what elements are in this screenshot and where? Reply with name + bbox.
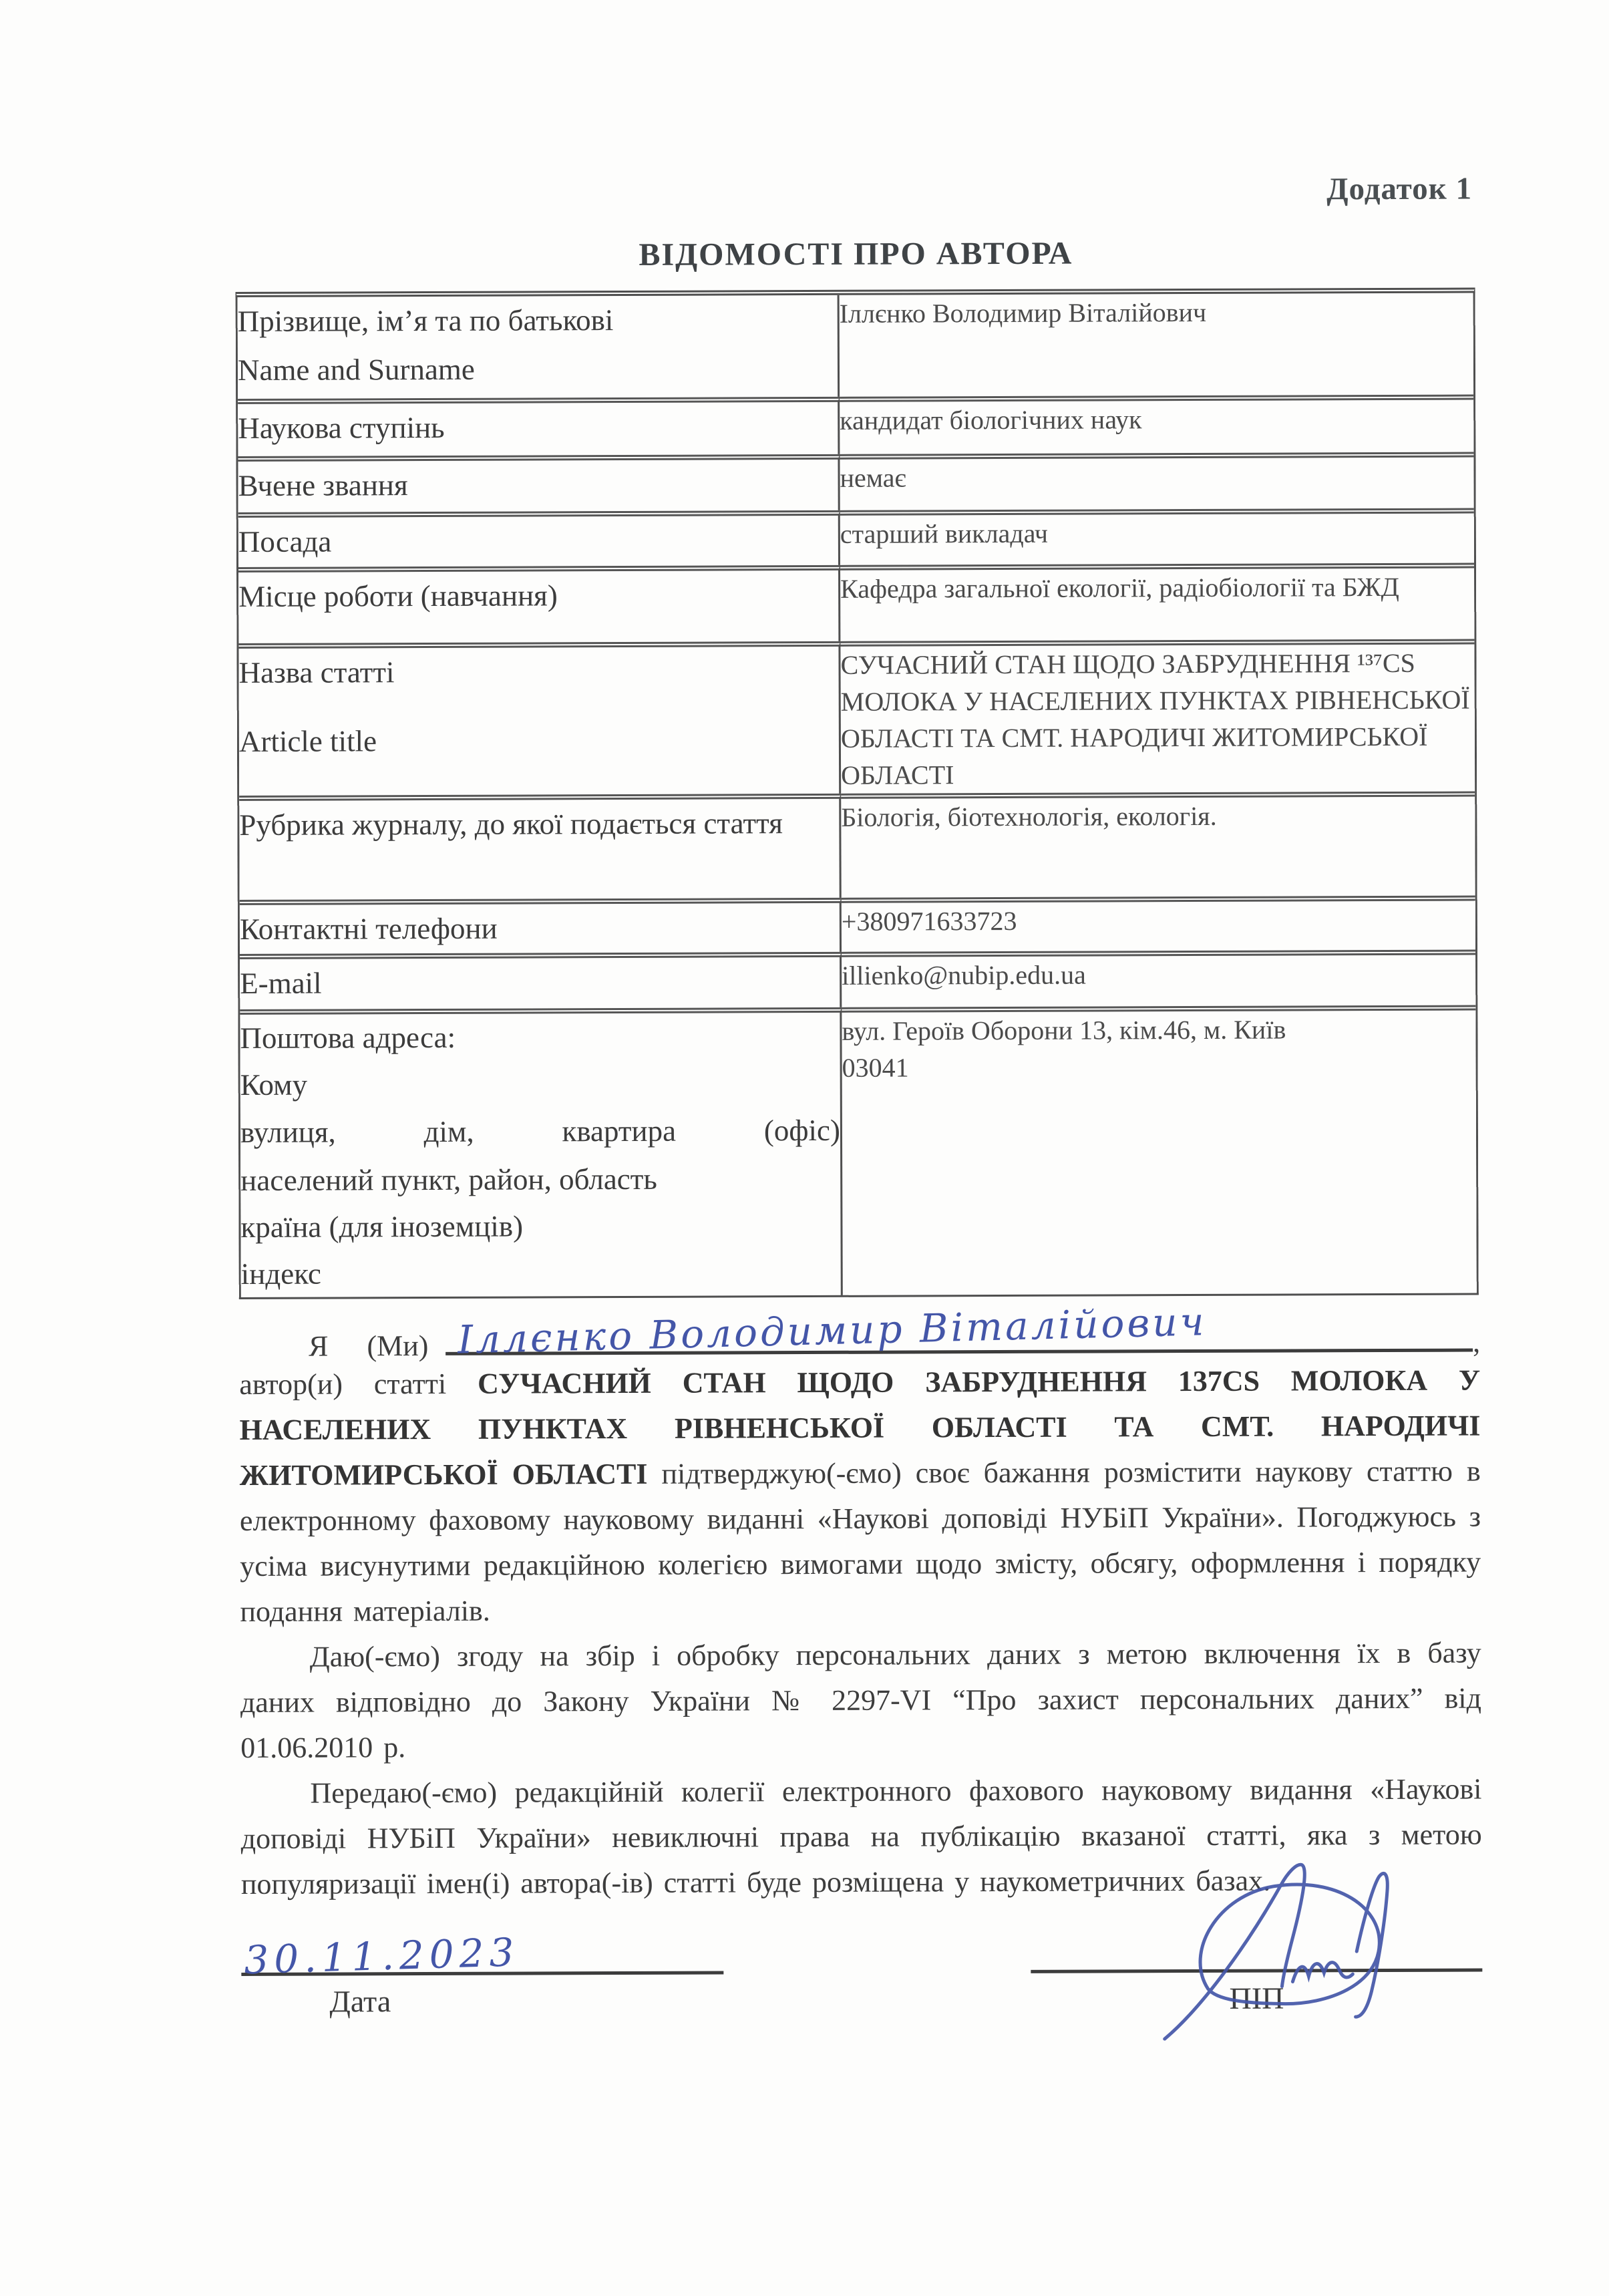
date-block: 30.11.2023 Дата	[241, 1929, 723, 2019]
document-content: Додаток 1 ВІДОМОСТІ ПРО АВТОРА Прізвище,…	[235, 171, 1483, 2105]
paragraph-confirmation: автор(и) статті СУЧАСНИЙ СТАН ЩОДО ЗАБРУ…	[239, 1358, 1481, 1635]
paragraph-personal-data-consent: Даю(-ємо) згоду на збір і обробку персон…	[240, 1631, 1482, 1771]
row-value-address-line: 03041	[842, 1047, 1476, 1086]
date-label: Дата	[329, 1982, 723, 2019]
table-row: Місце роботи (навчання) Кафедра загально…	[238, 563, 1474, 643]
row-label: Рубрика журналу, до якої подається статт…	[239, 799, 839, 850]
row-value: Іллєнко Володимир Віталійович	[840, 293, 1474, 397]
table-row: Наукова ступінь кандидат біологічних нау…	[238, 395, 1473, 456]
signature-label: ПІП	[1031, 1980, 1482, 2017]
row-value-article-title: СУЧАСНИЙ СТАН ЩОДО ЗАБРУДНЕННЯ ¹³⁷CS МОЛ…	[840, 639, 1475, 794]
row-value: немає	[840, 452, 1473, 510]
scanned-document-page: Додаток 1 ВІДОМОСТІ ПРО АВТОРА Прізвище,…	[0, 0, 1609, 2296]
signature-footer: 30.11.2023 Дата ПІП	[241, 1927, 1483, 2105]
table-row: E-mail illienko@nubip.edu.ua	[240, 950, 1475, 1009]
row-label: Прізвище, ім’я та по батькові	[238, 295, 838, 346]
row-value-address-line: вул. Героїв Оборони 13, кім.46, м. Київ	[842, 1011, 1475, 1049]
row-label: Посада	[238, 516, 838, 566]
row-label: населений пункт, район, область	[240, 1155, 840, 1204]
annex-label: Додаток 1	[235, 171, 1476, 211]
row-value: Біологія, біотехнологія, екологія.	[841, 792, 1475, 898]
row-value: Кафедра загальної екології, радіобіологі…	[840, 563, 1474, 641]
row-label: Назва статті	[238, 647, 838, 697]
row-label: Контактні телефони	[240, 903, 840, 954]
row-label: Місце роботи (навчання)	[238, 570, 838, 621]
row-label-en: Article title	[239, 715, 839, 766]
row-label: індекс	[241, 1249, 841, 1297]
signature-line	[1031, 1969, 1482, 1973]
row-label: Поштова адреса:	[240, 1013, 840, 1061]
table-row: Вчене звання немає	[238, 452, 1473, 512]
name-blank-line: Іллєнко Володимир Віталійович	[445, 1306, 1473, 1355]
row-value-phone: +380971633723	[842, 896, 1475, 952]
paragraph-text: автор(и) статті	[239, 1367, 478, 1401]
row-label: E-mail	[240, 957, 840, 1008]
author-name-line: Я (Ми) Іллєнко Володимир Віталійович ,	[239, 1306, 1480, 1359]
row-label: Наукова ступінь	[238, 402, 838, 453]
row-label: Кому	[240, 1059, 840, 1108]
table-row: Рубрика журналу, до якої подається статт…	[239, 792, 1475, 900]
table-row: Прізвище, ім’я та по батькові Name and S…	[238, 293, 1474, 399]
table-row: Посада старший викладач	[238, 508, 1474, 567]
table-row: Назва статті Article title СУЧАСНИЙ СТАН…	[238, 639, 1475, 796]
row-label-en: Name and Surname	[238, 344, 838, 395]
declaration-text: Я (Ми) Іллєнко Володимир Віталійович , а…	[239, 1306, 1482, 1907]
table-row: Поштова адреса: Кому вулиця, дім, кварти…	[240, 1005, 1476, 1297]
row-value-email: illienko@nubip.edu.ua	[842, 950, 1475, 1007]
page-title: ВІДОМОСТІ ПРО АВТОРА	[235, 234, 1476, 275]
row-value: кандидат біологічних наук	[840, 395, 1473, 454]
signature-block: ПІП	[1031, 1969, 1482, 2017]
paragraph-publication-rights: Передаю(-ємо) редакційній колегії електр…	[240, 1767, 1482, 1907]
row-label: країна (для іноземців)	[240, 1202, 840, 1251]
author-info-table: Прізвище, ім’я та по батькові Name and S…	[236, 288, 1479, 1299]
handwritten-author-name: Іллєнко Володимир Віталійович	[458, 1299, 1208, 1362]
row-value: старший викладач	[840, 508, 1474, 565]
table-row: Контактні телефони +380971633723	[240, 896, 1475, 954]
row-label: Вчене звання	[238, 460, 838, 510]
row-label: вулиця, дім, квартира (офіс)	[240, 1106, 840, 1157]
